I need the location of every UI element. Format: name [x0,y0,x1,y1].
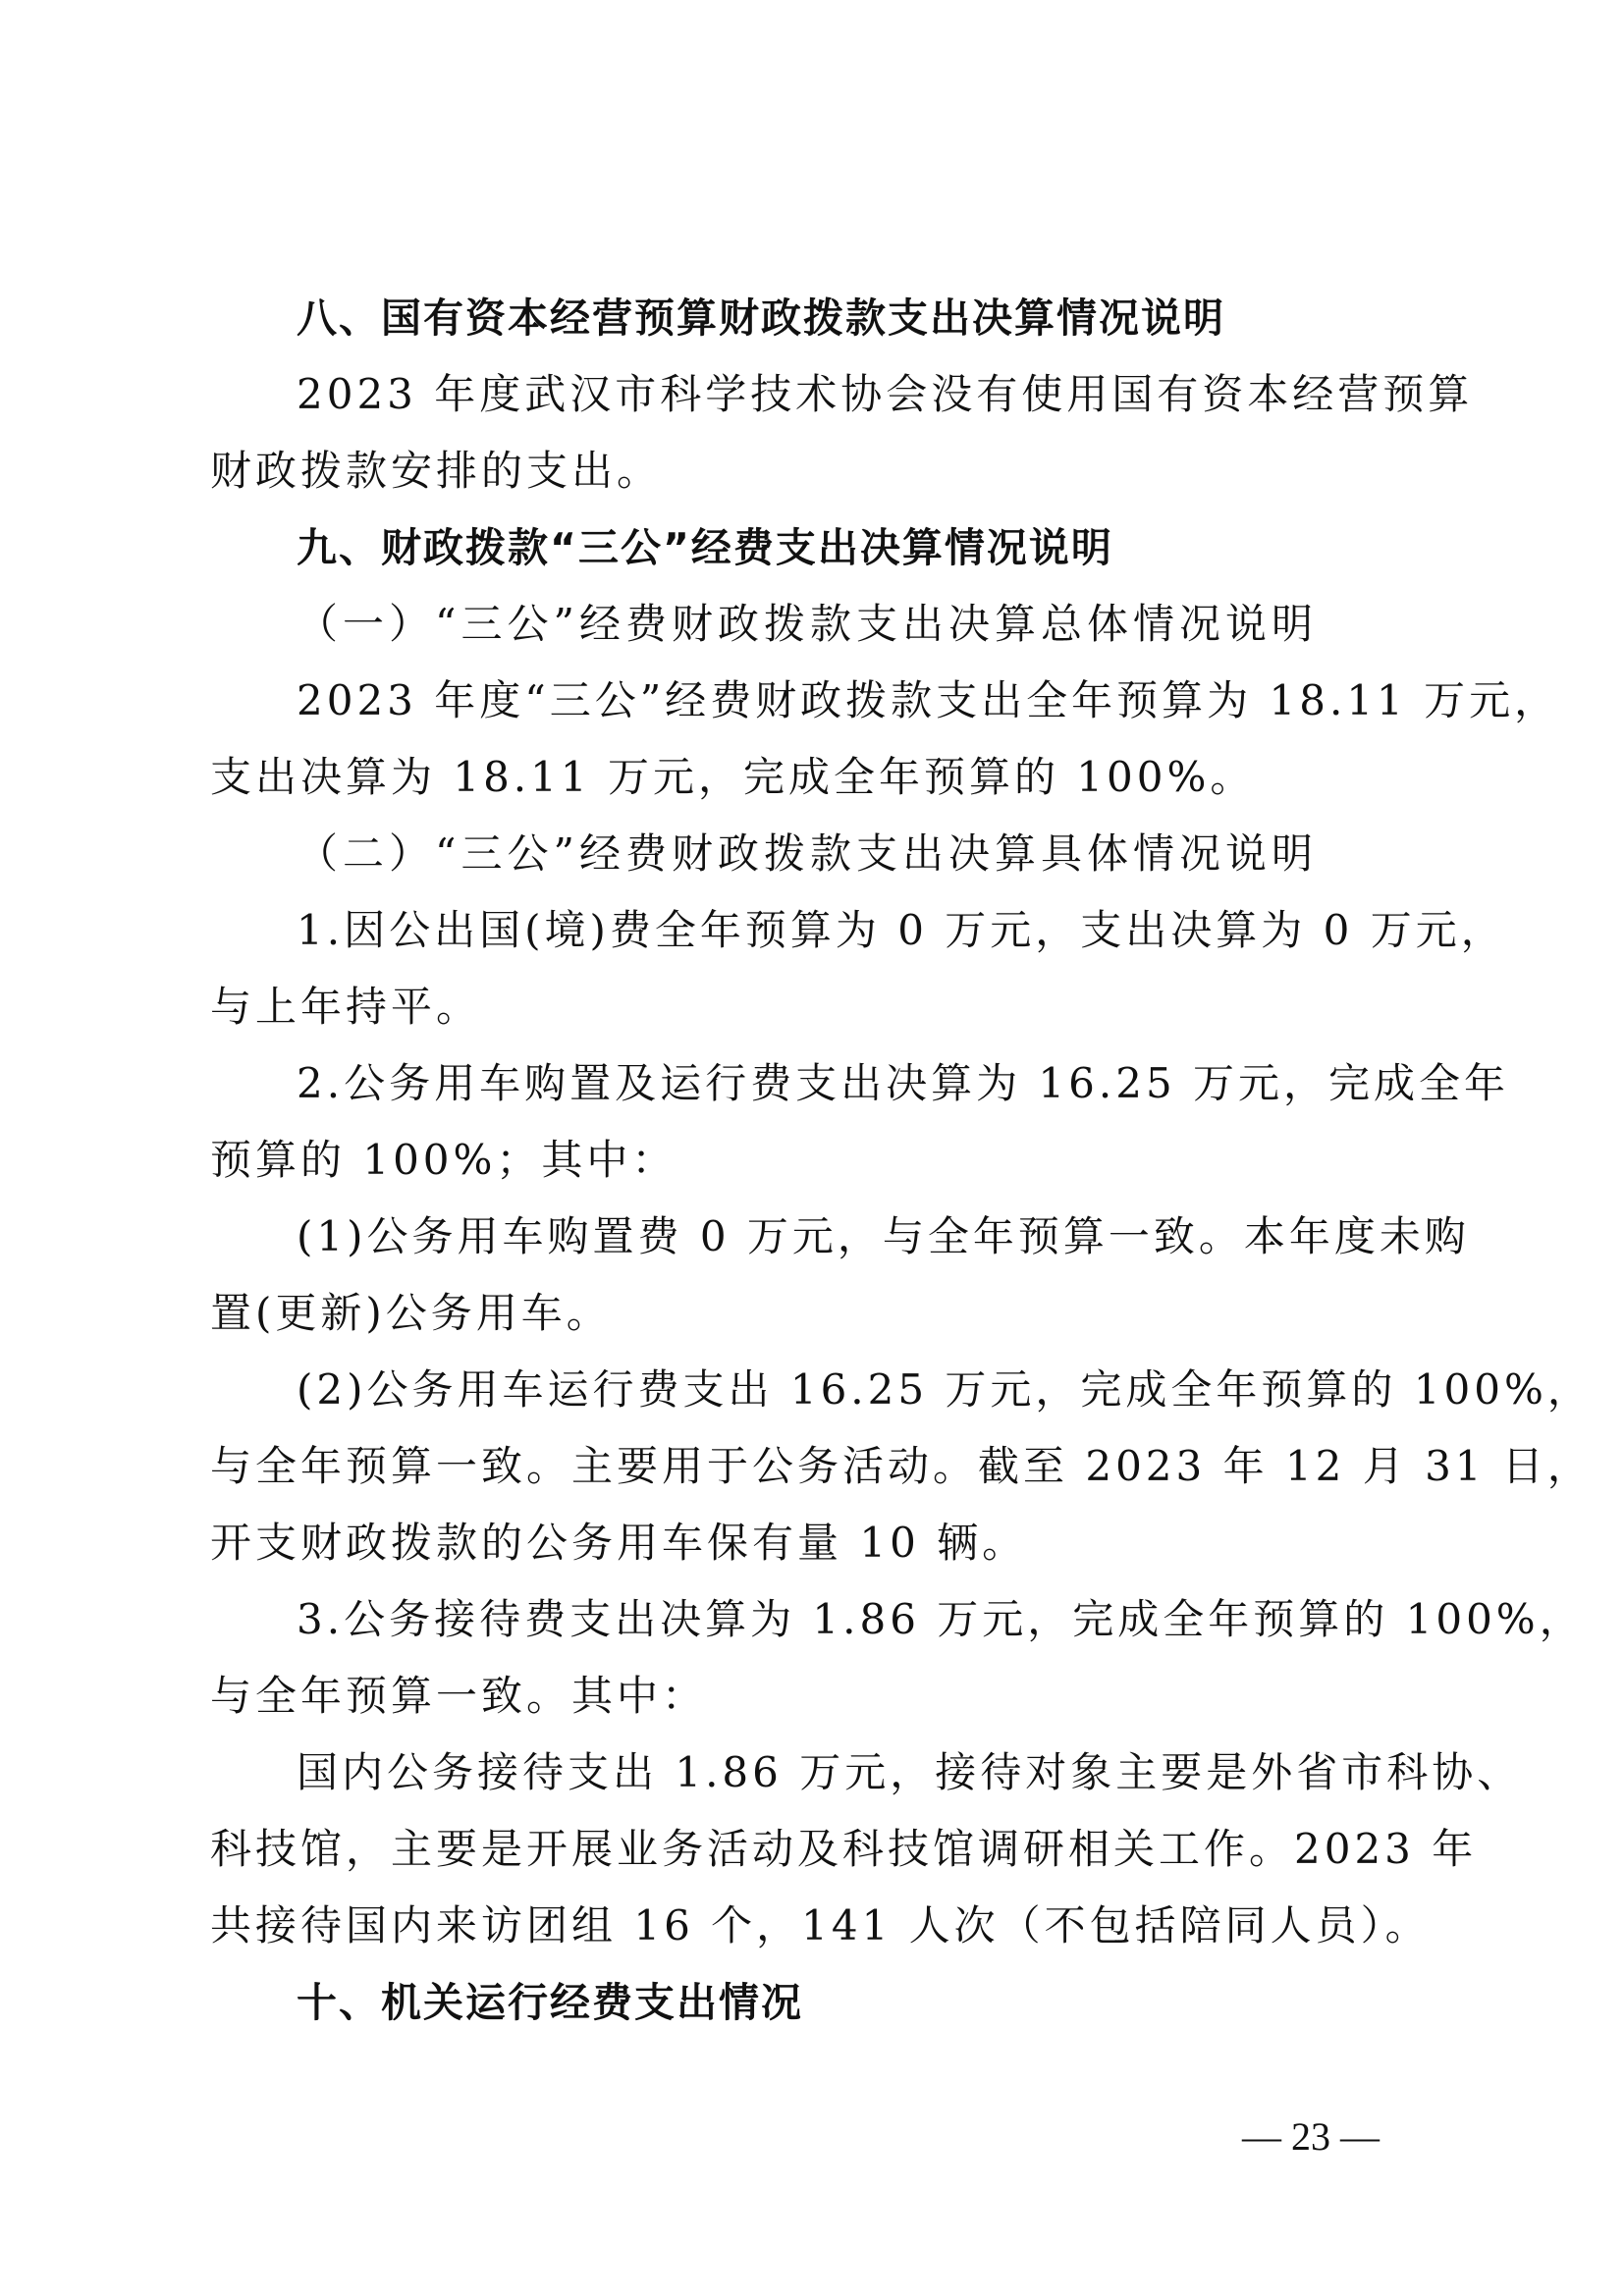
document-body: 八、国有资本经营预算财政拨款支出决算情况说明 2023 年度武汉市科学技术协会没… [210,280,1420,2041]
paragraph-line: 1.因公出国(境)费全年预算为 0 万元，支出决算为 0 万元， [210,892,1420,969]
paragraph-line: 科技馆，主要是开展业务活动及科技馆调研相关工作。2023 年 [210,1811,1420,1888]
section-heading-9: 九、财政拨款“三公”经费支出决算情况说明 [210,509,1420,586]
paragraph-line: 国内公务接待支出 1.86 万元，接待对象主要是外省市科协、 [210,1735,1420,1811]
page-number: — 23 — [1242,2112,1380,2162]
paragraph-line: 与全年预算一致。主要用于公务活动。截至 2023 年 12 月 31 日， [210,1428,1420,1505]
paragraph-line: 置(更新)公务用车。 [210,1275,1420,1352]
paragraph-line: 预算的 100%；其中： [210,1122,1420,1199]
subheading-2: （二）“三公”经费财政拨款支出决算具体情况说明 [210,816,1420,892]
paragraph-line: 财政拨款安排的支出。 [210,433,1420,509]
paragraph-line: 与上年持平。 [210,969,1420,1045]
paragraph-line: (1)公务用车购置费 0 万元，与全年预算一致。本年度未购 [210,1199,1420,1275]
paragraph-line: 2023 年度“三公”经费财政拨款支出全年预算为 18.11 万元， [210,663,1420,739]
paragraph-line: (2)公务用车运行费支出 16.25 万元，完成全年预算的 100%， [210,1352,1420,1428]
paragraph-line: 2023 年度武汉市科学技术协会没有使用国有资本经营预算 [210,356,1420,433]
paragraph-line: 共接待国内来访团组 16 个，141 人次（不包括陪同人员）。 [210,1888,1420,1964]
paragraph-line: 3.公务接待费支出决算为 1.86 万元，完成全年预算的 100%， [210,1581,1420,1658]
paragraph-line: 开支财政拨款的公务用车保有量 10 辆。 [210,1505,1420,1581]
paragraph-line: 支出决算为 18.11 万元，完成全年预算的 100%。 [210,739,1420,816]
section-heading-10: 十、机关运行经费支出情况 [210,1964,1420,2041]
subheading-1: （一）“三公”经费财政拨款支出决算总体情况说明 [210,586,1420,663]
section-heading-8: 八、国有资本经营预算财政拨款支出决算情况说明 [210,280,1420,356]
paragraph-line: 与全年预算一致。其中： [210,1658,1420,1735]
paragraph-line: 2.公务用车购置及运行费支出决算为 16.25 万元，完成全年 [210,1045,1420,1122]
